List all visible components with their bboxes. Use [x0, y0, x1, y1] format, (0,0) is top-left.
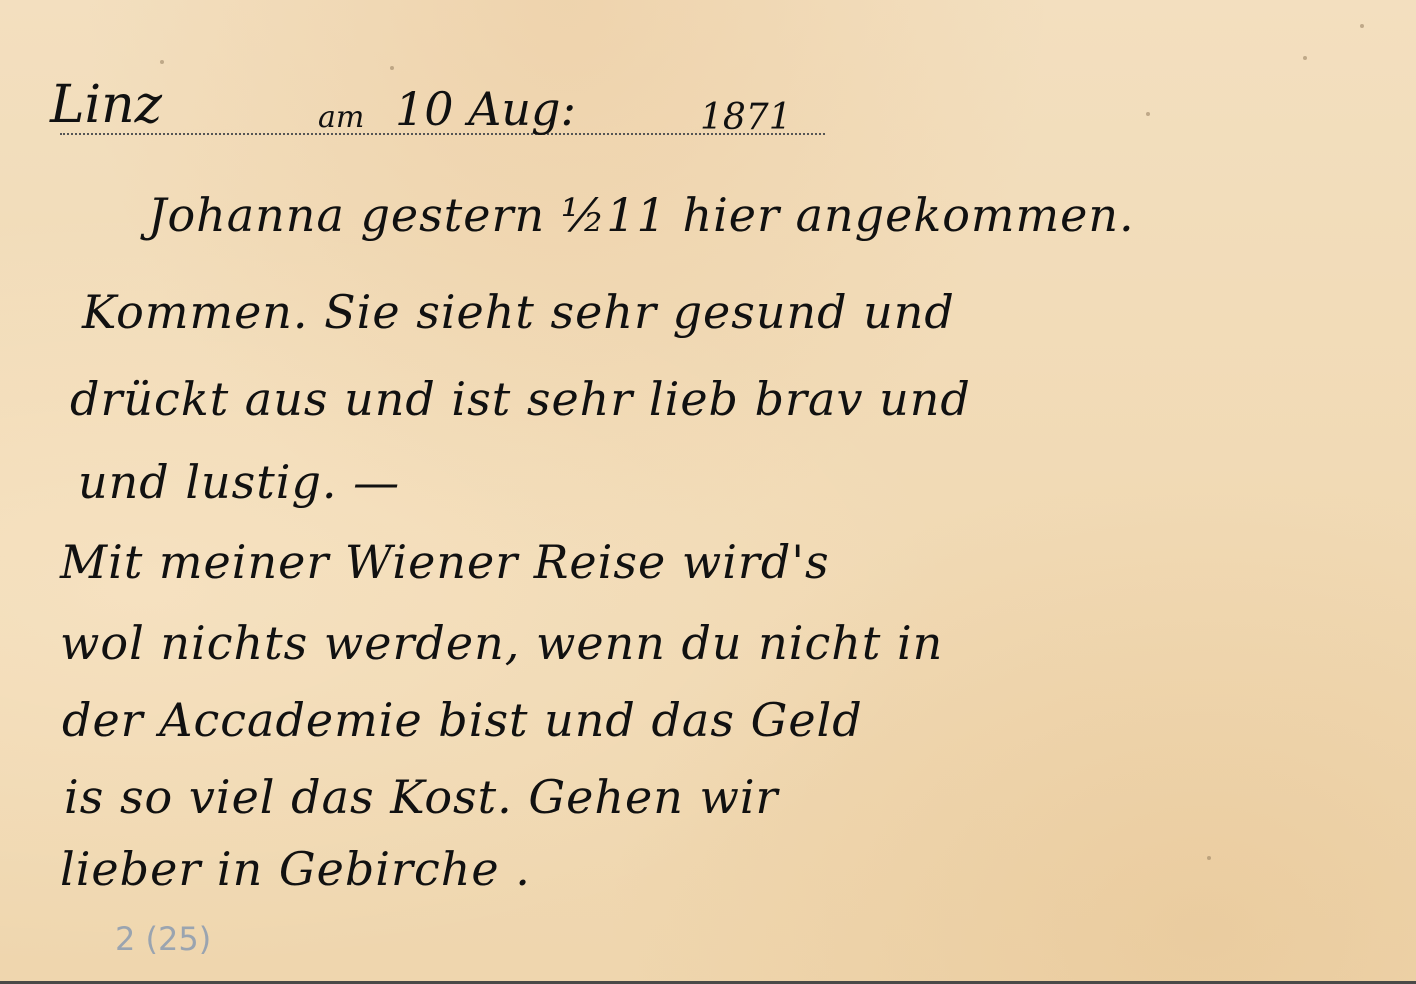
- paper-speck: [390, 66, 394, 70]
- paper-speck: [160, 60, 164, 64]
- paper-speck: [1360, 24, 1364, 28]
- body-line-1: Johanna gestern ½11 hier angekommen.: [148, 188, 1135, 242]
- archive-pencil-note: 2 (25): [115, 920, 211, 958]
- body-line-7: der Accademie bist und das Geld: [62, 693, 863, 747]
- body-line-9: lieber in Gebirche .: [60, 842, 531, 896]
- body-line-8: is so viel das Kost. Gehen wir: [64, 770, 779, 824]
- header-year: 1871: [700, 97, 792, 138]
- body-line-2: Kommen. Sie sieht sehr gesund und: [82, 285, 955, 339]
- body-line-3: drückt aus und ist sehr lieb brav und: [70, 372, 971, 426]
- body-line-6: wol nichts werden, wenn du nicht in: [60, 616, 943, 670]
- postcard: Linz am 10 Aug: 1871 Johanna gestern ½11…: [0, 0, 1416, 984]
- paper-speck: [1146, 112, 1150, 116]
- body-line-4: und lustig. —: [78, 455, 400, 509]
- body-line-5: Mit meiner Wiener Reise wird's: [60, 535, 830, 589]
- header-am-label: am: [318, 100, 364, 135]
- header-place: Linz: [50, 75, 162, 135]
- paper-speck: [1303, 56, 1307, 60]
- header-date: 10 Aug:: [395, 82, 576, 136]
- paper-speck: [1207, 856, 1211, 860]
